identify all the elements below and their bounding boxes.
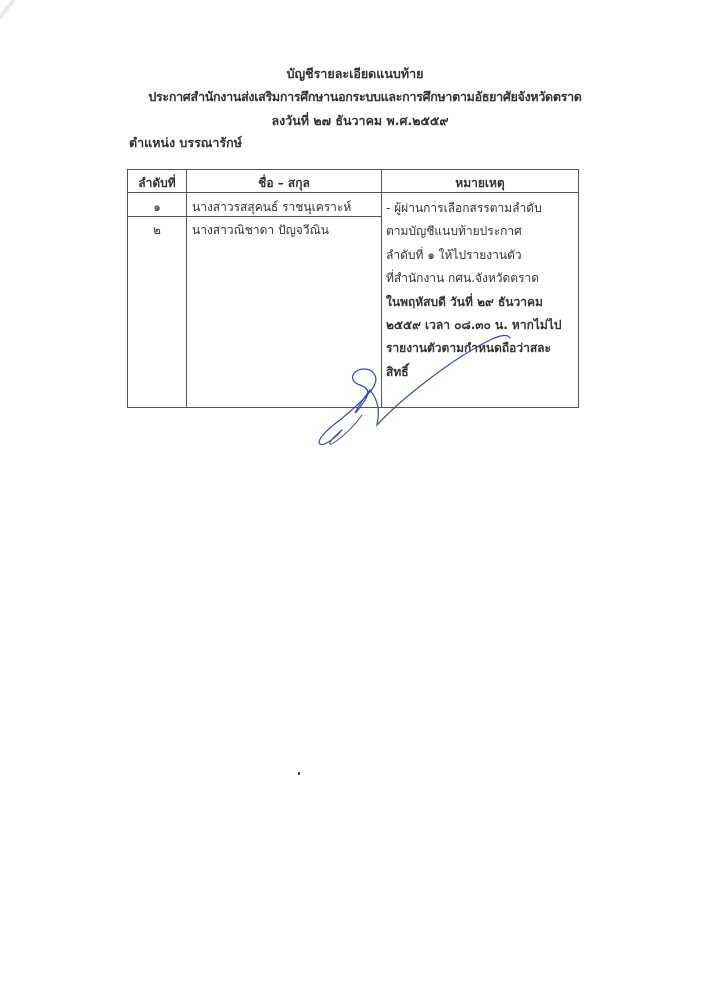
row-2-name: นางสาวณิชาดา ปัญจวีณิน [192,221,329,240]
paper-fold-mark [0,0,62,45]
header-name: ชื่อ – สกุล [187,174,381,193]
announcement-date: ลงวันที่ ๒๗ ธันวาคม พ.ศ.๒๕๕๙ [125,111,595,131]
header-remarks: หมายเหตุ [382,174,578,193]
announcement-title: ประกาศสำนักงานส่งเสริมการศึกษานอกระบบและ… [130,87,600,107]
remark-line-bold: ในพฤหัสบดี วันที่ ๒๙ ธันวาคม [386,291,576,314]
position-label: ตำแหน่ง บรรณารักษ์ [129,133,242,153]
remark-line: ตามบัญชีแนบท้ายประกาศ [386,220,576,243]
document-title: บัญชีรายละเอียดแนบท้าย [120,64,590,84]
column-divider [186,170,187,407]
remark-line: ที่สำนักงาน กศน.จังหวัดตราด [386,267,576,290]
signature-icon [300,320,530,460]
row-2-no: ๒ [128,221,186,240]
header-no: ลำดับที่ [128,174,186,193]
remark-line: ลำดับที่ ๑ ให้ไปรายงานตัว [386,244,576,267]
remark-line: - ผู้ผ่านการเลือกสรรตามลำดับ [386,197,576,220]
row-1-no: ๑ [128,198,186,217]
row-1-name: นางสาวรสสุคนธ์ ราชนุเคราะห์ [192,198,351,217]
scan-speck [298,772,300,775]
